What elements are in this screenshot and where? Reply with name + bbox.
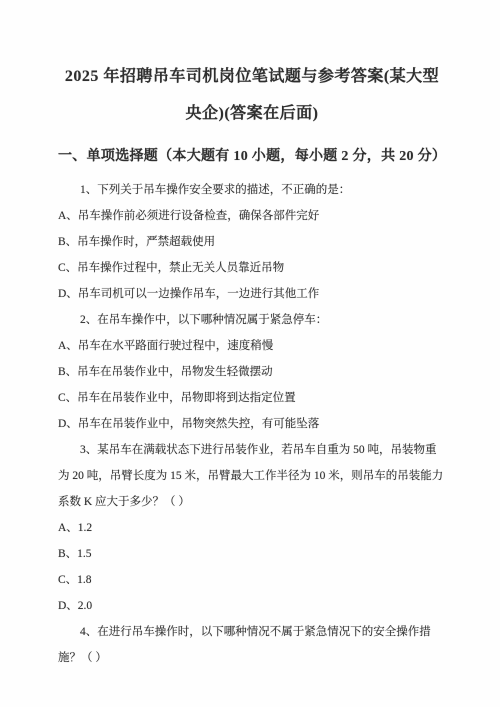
exam-document-page: 2025 年招聘吊车司机岗位笔试题与参考答案(某大型 央企)(答案在后面) 一、… bbox=[0, 0, 500, 707]
question-3-option-a: A、1.2 bbox=[58, 515, 446, 541]
question-list: 1、下列关于吊车操作安全要求的描述，不正确的是： A、吊车操作前必须进行设备检查… bbox=[58, 177, 446, 671]
question-2-option-c: C、吊车在吊装作业中，吊物即将到达指定位置 bbox=[58, 385, 446, 411]
question-1-option-b: B、吊车操作时，严禁超载使用 bbox=[58, 229, 446, 255]
question-1-option-d: D、吊车司机可以一边操作吊车，一边进行其他工作 bbox=[58, 281, 446, 307]
question-3-text: 3、某吊车在满载状态下进行吊装作业，若吊车自重为 50 吨，吊装物重为 20 吨… bbox=[58, 437, 446, 515]
question-3-option-c: C、1.8 bbox=[58, 567, 446, 593]
question-3-option-b: B、1.5 bbox=[58, 541, 446, 567]
exam-title-line-2: 央企)(答案在后面) bbox=[58, 95, 446, 132]
question-3-option-d: D、2.0 bbox=[58, 593, 446, 619]
question-1-text: 1、下列关于吊车操作安全要求的描述，不正确的是： bbox=[58, 177, 446, 203]
question-2-text: 2、在吊车操作中，以下哪种情况属于紧急停车： bbox=[58, 307, 446, 333]
exam-title-line-1: 2025 年招聘吊车司机岗位笔试题与参考答案(某大型 bbox=[58, 58, 446, 95]
question-2-option-d: D、吊车在吊装作业中，吊物突然失控，有可能坠落 bbox=[58, 411, 446, 437]
section-heading: 一、单项选择题（本大题有 10 小题，每小题 2 分，共 20 分） bbox=[58, 144, 446, 170]
question-1-option-c: C、吊车操作过程中，禁止无关人员靠近吊物 bbox=[58, 255, 446, 281]
question-1-option-a: A、吊车操作前必须进行设备检查，确保各部件完好 bbox=[58, 203, 446, 229]
page-content: 2025 年招聘吊车司机岗位笔试题与参考答案(某大型 央企)(答案在后面) 一、… bbox=[58, 0, 446, 671]
question-4-text: 4、在进行吊车操作时，以下哪种情况不属于紧急情况下的安全操作措施？（ ） bbox=[58, 619, 446, 671]
question-2-option-b: B、吊车在吊装作业中，吊物发生轻微摆动 bbox=[58, 359, 446, 385]
exam-title: 2025 年招聘吊车司机岗位笔试题与参考答案(某大型 央企)(答案在后面) bbox=[58, 58, 446, 132]
question-2-option-a: A、吊车在水平路面行驶过程中，速度稍慢 bbox=[58, 333, 446, 359]
